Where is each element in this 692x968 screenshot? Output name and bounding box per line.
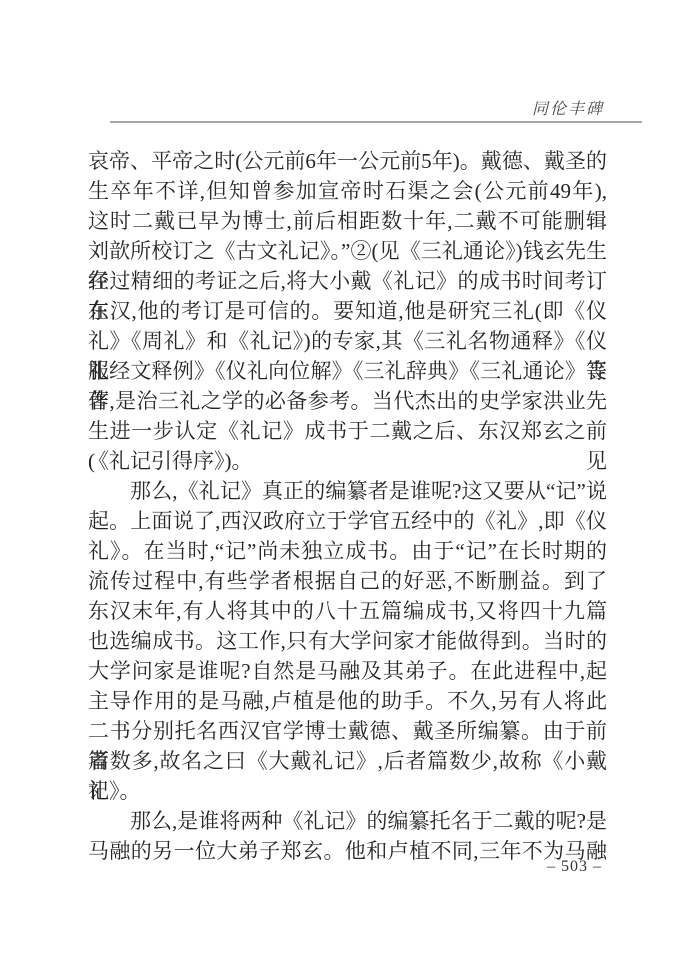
text-line: 篇数多,故名之曰《大戴礼记》,后者篇数少,故称《小戴礼 xyxy=(88,746,607,776)
page-number: – 503 – xyxy=(0,858,602,876)
text-line: 作,是治三礼之学的必备参考。当代杰出的史学家洪业先 xyxy=(88,386,607,416)
text-line: 礼》。在当时,“记”尚未独立成书。由于“记”在长时期的 xyxy=(88,536,607,566)
book-page: 同伦丰碑 哀帝、平帝之时(公元前6年一公元前5年)。戴德、戴圣的 生卒年不详,但… xyxy=(0,0,692,968)
text-line: 大学问家是谁呢?自然是马融及其弟子。在此进程中,起 xyxy=(88,656,607,686)
text-line: 那么,《礼记》真正的编纂者是谁呢?这又要从“记”说 xyxy=(88,476,607,506)
text-line: 生卒年不详,但知曾参加宣帝时石渠之会(公元前49年), xyxy=(88,176,607,206)
text-line: 东汉末年,有人将其中的八十五篇编成书,又将四十九篇 xyxy=(88,596,607,626)
text-line: 也选编成书。这工作,只有大学问家才能做得到。当时的 xyxy=(88,626,607,656)
body-text: 哀帝、平帝之时(公元前6年一公元前5年)。戴德、戴圣的 生卒年不详,但知曾参加宣… xyxy=(88,146,607,866)
text-line: 记》。 xyxy=(88,776,607,806)
text-line: 服经文释例》《仪礼向位解》《三礼辞典》《三礼通论》等著 xyxy=(88,356,607,386)
text-line: 主导作用的是马融,卢植是他的助手。不久,另有人将此 xyxy=(88,686,607,716)
running-head: 同伦丰碑 xyxy=(0,96,604,119)
text-line: 生进一步认定《礼记》成书于二戴之后、东汉郑玄之前(见 xyxy=(88,416,607,446)
text-line: 刘歆所校订之《古文礼记》。”②(见《三礼通论》)钱玄先生在 xyxy=(88,236,607,266)
text-line: 礼》《周礼》和《礼记》)的专家,其《三礼名物通释》《仪礼丧 xyxy=(88,326,607,356)
text-line: 二书分别托名西汉官学博士戴德、戴圣所编纂。由于前者 xyxy=(88,716,607,746)
text-line: 哀帝、平帝之时(公元前6年一公元前5年)。戴德、戴圣的 xyxy=(88,146,607,176)
text-line: 那么,是谁将两种《礼记》的编纂托名于二戴的呢?是 xyxy=(88,806,607,836)
text-line: 起。上面说了,西汉政府立于学官五经中的《礼》,即《仪 xyxy=(88,506,607,536)
text-line: 东汉,他的考订是可信的。要知道,他是研究三礼(即《仪 xyxy=(88,296,607,326)
text-line: 这时二戴已早为博士,前后相距数十年,二戴不可能删辑 xyxy=(88,206,607,236)
text-line: 流传过程中,有些学者根据自己的好恶,不断删益。到了 xyxy=(88,566,607,596)
header-rule xyxy=(110,121,642,123)
text-line: 经过精细的考证之后,将大小戴《礼记》的成书时间考订在 xyxy=(88,266,607,296)
